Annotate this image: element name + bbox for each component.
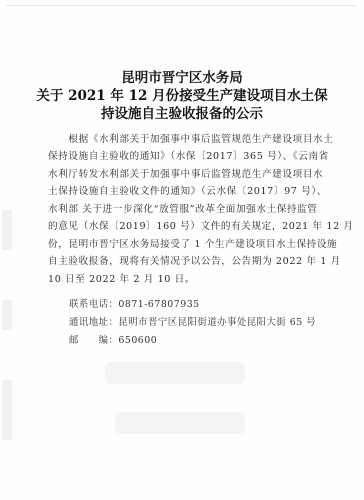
- contact-postcode: 邮 编：650600: [69, 333, 157, 349]
- body-line: 土保持设施自主验收文件的通知》（云水保〔2017〕97 号）、: [48, 183, 327, 200]
- address-label: 通讯地址：: [69, 317, 118, 328]
- contact-address: 通讯地址：昆明市晋宁区昆阳街道办事处昆阳大街 65 号: [69, 315, 316, 331]
- body-line: 保持设施自主验收的通知》（水保〔2017〕365 号）、《云南省: [48, 148, 329, 165]
- body-line: 的意见（水保〔2019〕160 号）文件的有关规定，2021 年 12 月: [48, 218, 354, 235]
- body-line: 10 日至 2022 年 2 月 10 日。: [48, 271, 195, 288]
- contact-phone: 联系电话：0871-67807935: [69, 297, 200, 313]
- address-value: 昆明市晋宁区昆阳街道办事处昆阳大街 65 号: [118, 317, 316, 328]
- faint-bleedthrough: [105, 362, 245, 384]
- faint-bleedthrough: [115, 412, 245, 434]
- scan-edge-shadow: [2, 300, 12, 330]
- body-line: 水利厅转发水利部关于加强事中事后监管规范生产建设项目水: [48, 166, 323, 183]
- scan-edge-shadow: [2, 380, 12, 440]
- title-line-2: 关于 2021 年 12 月份接受生产建设项目水土保: [0, 87, 364, 105]
- scan-top-edge: [6, 5, 356, 6]
- body-line: 自主验收报备，现将有关情况予以公告，公告期为 2022 年 1 月: [48, 253, 341, 270]
- document-page: 昆明市晋宁区水务局 关于 2021 年 12 月份接受生产建设项目水土保 持设施…: [0, 0, 364, 500]
- postcode-label: 邮 编：: [69, 335, 118, 346]
- postcode-value: 650600: [118, 335, 157, 346]
- body-line: 水利部 关于进一步深化“放管服”改革全面加强水土保持监管: [48, 201, 318, 218]
- title-line-1: 昆明市晋宁区水务局: [0, 69, 364, 87]
- phone-label: 联系电话：: [69, 299, 118, 310]
- body-line: 份，昆明市晋宁区水务局接受了 1 个生产建设项目水土保持设施: [48, 236, 337, 253]
- scan-edge-shadow: [2, 210, 12, 250]
- phone-value: 0871-67807935: [118, 299, 199, 310]
- body-line: 根据《水利部关于加强事中事后监管规范生产建设项目水土: [48, 131, 333, 148]
- title-line-3: 持设施自主验收报备的公示: [0, 105, 364, 123]
